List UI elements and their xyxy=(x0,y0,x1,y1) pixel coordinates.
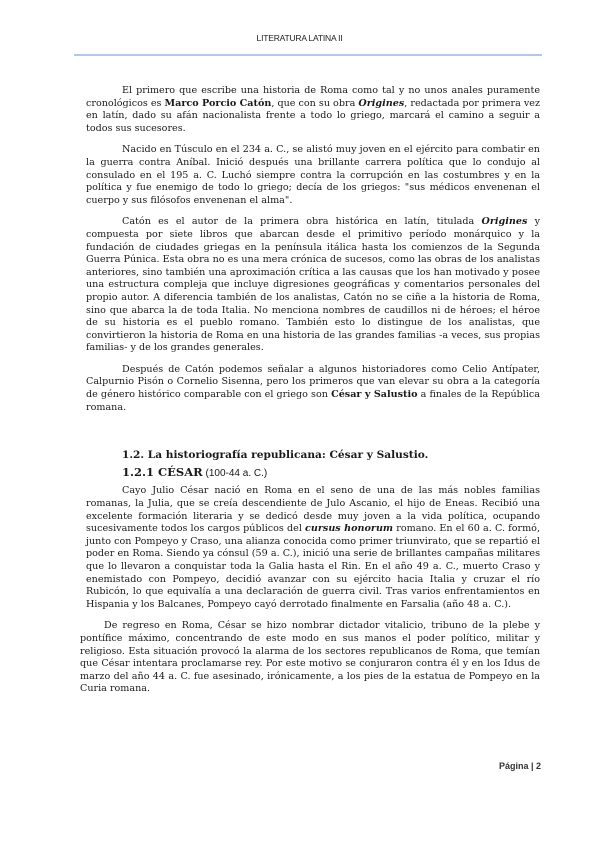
paragraph-after-caton: Después de Catón podemos señalar a algun… xyxy=(86,364,540,414)
subsection-label: 1.2.1 CÉSAR xyxy=(122,465,203,479)
paragraph-caton-bio: Nacido en Túsculo en el 234 a. C., se al… xyxy=(86,144,540,207)
bold-name-caton: Marco Porcio Catón xyxy=(165,98,272,109)
text-run: , que con su obra xyxy=(271,98,358,109)
page-number: Página | 2 xyxy=(499,761,541,771)
header-divider xyxy=(74,54,542,56)
term-cursus-honorum: cursus honorum xyxy=(305,523,393,534)
text-run: y compuesta por siete libros que abarcan… xyxy=(86,216,540,353)
bold-names-cesar-salustio: César y Salustio xyxy=(331,389,417,400)
document-body: El primero que escribe una historia de R… xyxy=(86,85,540,705)
subsection-heading: 1.2.1 CÉSAR (100-44 a. C.) xyxy=(122,466,540,481)
subsection-dates: (100-44 a. C.) xyxy=(203,468,267,479)
spacer xyxy=(86,423,540,449)
work-title-origines: Origines xyxy=(481,216,527,227)
running-header: LITERATURA LATINA II xyxy=(0,33,599,43)
section-heading: 1.2. La historiografía republicana: Césa… xyxy=(122,449,540,462)
paragraph-cesar-death: De regreso en Roma, César se hizo nombra… xyxy=(80,620,540,696)
paragraph-caton-intro: El primero que escribe una historia de R… xyxy=(86,85,540,135)
document-page: LITERATURA LATINA II El primero que escr… xyxy=(0,0,599,848)
work-title-origines: Origines xyxy=(358,98,404,109)
paragraph-caton-work: Catón es el autor de la primera obra his… xyxy=(86,216,540,355)
text-run: Catón es el autor de la primera obra his… xyxy=(122,216,481,227)
paragraph-cesar-bio: Cayo Julio César nació en Roma en el sen… xyxy=(86,485,540,611)
text-run: romano. En el 60 a. C. formó, junto con … xyxy=(86,523,540,610)
